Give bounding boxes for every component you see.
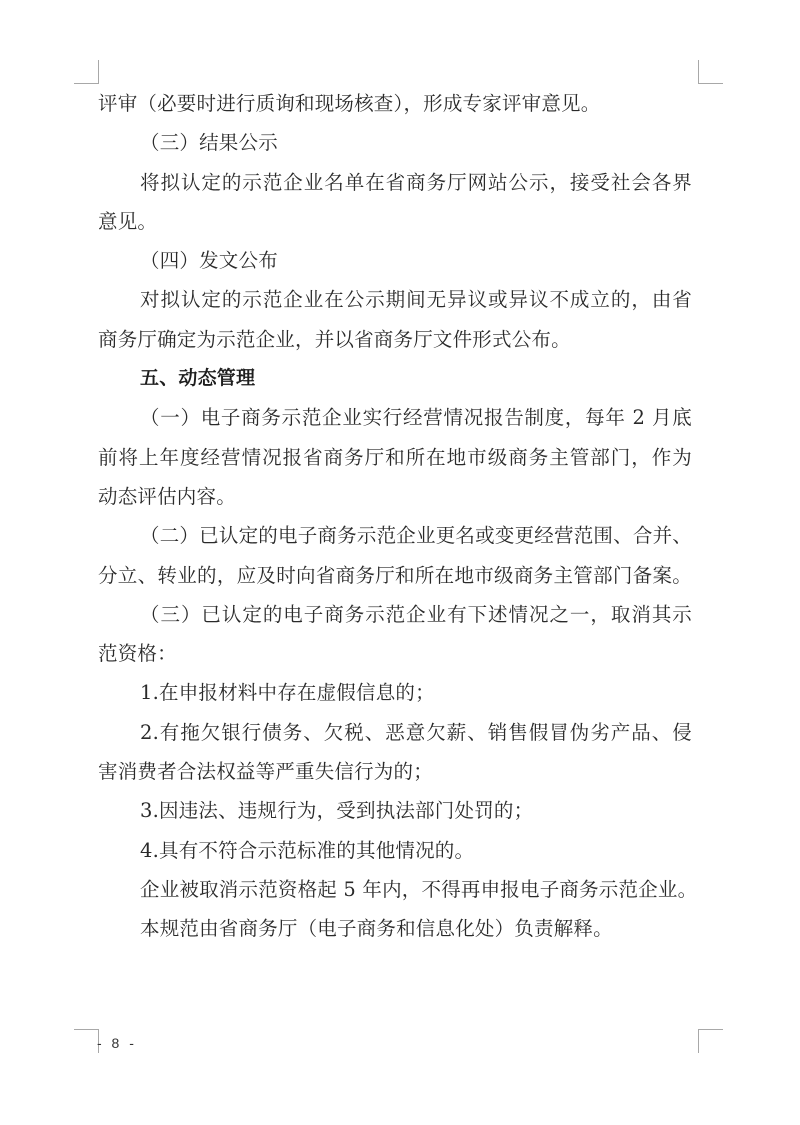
paragraph-line: （一）电子商务示范企业实行经营情况报告制度，每年 2 月底	[98, 398, 692, 437]
paragraph-line: 企业被取消示范资格起 5 年内，不得再申报电子商务示范企业。	[98, 870, 692, 909]
section-subheading: （四）发文公布	[98, 241, 692, 280]
paragraph-line: （二）已认定的电子商务示范企业更名或变更经营范围、合并、	[98, 516, 692, 555]
crop-mark-bottom-right	[698, 1029, 723, 1053]
paragraph-line: 将拟认定的示范企业名单在省商务厅网站公示，接受社会各界	[98, 163, 692, 202]
list-item: 3.因违法、违规行为，受到执法部门处罚的；	[98, 791, 692, 830]
list-item-continuation: 害消费者合法权益等严重失信行为的；	[98, 752, 692, 791]
paragraph-line: 评审（必要时进行质询和现场核查），形成专家评审意见。	[98, 84, 692, 123]
paragraph-line: （三）已认定的电子商务示范企业有下述情况之一，取消其示	[98, 595, 692, 634]
section-heading: 五、动态管理	[98, 359, 692, 398]
document-body: 评审（必要时进行质询和现场核查），形成专家评审意见。 （三）结果公示 将拟认定的…	[98, 84, 692, 949]
paragraph-line: 前将上年度经营情况报省商务厅和所在地市级商务主管部门，作为	[98, 438, 692, 477]
crop-mark-top-right	[698, 60, 723, 84]
crop-mark-bottom-left	[74, 1029, 99, 1053]
paragraph-line: 动态评估内容。	[98, 477, 692, 516]
paragraph-line: 本规范由省商务厅（电子商务和信息化处）负责解释。	[98, 909, 692, 948]
list-item: 2.有拖欠银行债务、欠税、恶意欠薪、销售假冒伪劣产品、侵	[98, 713, 692, 752]
paragraph-line: 商务厅确定为示范企业，并以省商务厅文件形式公布。	[98, 320, 692, 359]
list-item: 1.在申报材料中存在虚假信息的；	[98, 673, 692, 712]
paragraph-line: 范资格：	[98, 634, 692, 673]
paragraph-line: 意见。	[98, 202, 692, 241]
paragraph-line: 对拟认定的示范企业在公示期间无异议或异议不成立的，由省	[98, 280, 692, 319]
list-item: 4.具有不符合示范标准的其他情况的。	[98, 831, 692, 870]
section-subheading: （三）结果公示	[98, 123, 692, 162]
page-number: - 8 -	[97, 1035, 137, 1051]
crop-mark-top-left	[74, 60, 99, 84]
paragraph-line: 分立、转业的，应及时向省商务厅和所在地市级商务主管部门备案。	[98, 556, 692, 595]
